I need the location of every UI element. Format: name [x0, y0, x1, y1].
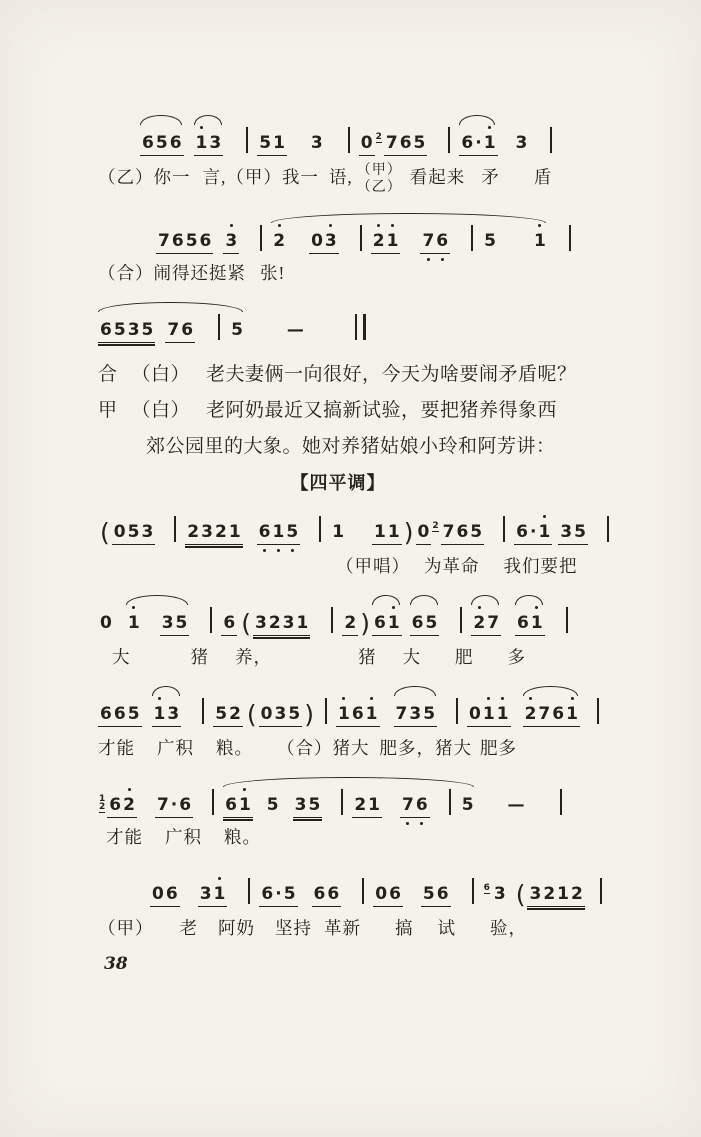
- barline: [341, 789, 343, 815]
- notation-line: (0532321615111)027656·135: [98, 501, 614, 547]
- speech-tag: （白）: [132, 357, 191, 393]
- lyric: 张!: [260, 260, 285, 285]
- lyric: 我们要把: [504, 553, 578, 578]
- speech-text: 老夫妻俩一向很好，今天为啥要闹矛盾呢？: [206, 357, 577, 393]
- note-group: —: [285, 320, 306, 342]
- barline: [348, 127, 350, 153]
- parenthesis: (: [516, 880, 526, 909]
- parenthesis: ): [360, 609, 370, 638]
- note-group: 1: [330, 522, 346, 544]
- note-group: 2: [342, 613, 358, 636]
- note-group: 1: [126, 613, 142, 635]
- lyric: 粮。: [224, 824, 261, 849]
- note-group: 035: [259, 704, 303, 727]
- music-system: 6535765—: [98, 299, 614, 343]
- dialogue-row: 郊公园里的大象。她对养猪姑娘小玲和阿芳讲：: [146, 429, 614, 465]
- note-group: 13: [194, 133, 224, 156]
- barline: [448, 127, 450, 153]
- tie-arc: [394, 686, 436, 696]
- note-group: 62: [107, 795, 137, 818]
- note-group: 7656: [156, 231, 213, 254]
- barline: [331, 607, 333, 633]
- parenthesis: (: [241, 609, 251, 638]
- lyric: 养，: [235, 644, 272, 669]
- lyrics-line: （甲唱）为革命我们要把: [98, 553, 614, 578]
- note-group: 13: [152, 704, 182, 727]
- lyrics-line: （合）闹得还挺紧张!: [98, 260, 614, 285]
- lyric: （甲唱）: [336, 553, 410, 578]
- note-group: 615: [257, 522, 301, 545]
- barline: [248, 878, 250, 904]
- lyric: （合）猪大: [277, 735, 370, 760]
- note-group: 21: [352, 795, 382, 818]
- dialogue-row: 甲 （白） 老阿奶最近又搞新试验，要把猪养得象西: [98, 393, 614, 429]
- tie-arc: [459, 115, 495, 125]
- score-page: 65613513027656·13（乙）你一言,（甲）我一语,（甲）（乙）看起来…: [0, 0, 701, 1137]
- note-group: 76: [165, 320, 195, 343]
- lyric: （合）闹得还挺紧: [98, 260, 246, 285]
- lyric: 坚持: [275, 915, 312, 940]
- speech-text: 郊公园里的大象。她对养猪姑娘小玲和阿芳讲：: [146, 429, 556, 465]
- note-group: 6·1: [514, 522, 552, 545]
- note-group: 03: [309, 231, 339, 254]
- note-group: 35: [558, 522, 588, 545]
- grace-note: 2: [376, 133, 382, 143]
- barline: [456, 698, 458, 724]
- barline: [597, 698, 599, 724]
- music-system: 6651352(035)1617350112761才能广积粮。（合）猪大肥多，猪…: [98, 683, 614, 760]
- notation-line: 01356(32312)61652761: [98, 592, 614, 638]
- music-system: (0532321615111)027656·135（甲唱）为革命我们要把: [98, 501, 614, 578]
- notation-line: 6651352(035)1617350112761: [98, 683, 614, 729]
- tie-arc: [98, 302, 243, 312]
- score-bottom-systems: (0532321615111)027656·135（甲唱）为革命我们要把0135…: [98, 501, 614, 940]
- note-group: 11: [372, 522, 402, 545]
- note-group: —: [506, 795, 527, 817]
- note-group: 06: [150, 884, 180, 907]
- grace-note: 2: [432, 522, 438, 532]
- page-number: 38: [104, 954, 614, 974]
- note-group: 053: [112, 522, 156, 545]
- note-group: 3: [514, 133, 530, 155]
- note-group: 61: [515, 613, 545, 636]
- stacked-speaker-tags: （甲）（乙）: [357, 162, 402, 196]
- note-group: 656: [140, 133, 184, 156]
- barline: [569, 225, 571, 251]
- parenthesis: (: [100, 518, 110, 547]
- speaker-label: 甲: [98, 393, 118, 429]
- note-group: 3: [223, 231, 239, 254]
- note-group: 765: [441, 522, 485, 545]
- barline: [449, 789, 451, 815]
- lyrics-line: 才能广积粮。: [98, 824, 614, 849]
- note-group: 0: [416, 522, 432, 545]
- notation-line: 65613513027656·13: [140, 112, 614, 156]
- lyric: 猪: [191, 644, 210, 669]
- speaker-label: 合: [98, 357, 118, 393]
- lyric: 阿奶: [218, 915, 255, 940]
- note-group: 735: [394, 704, 438, 727]
- barline: [550, 127, 552, 153]
- barline: [566, 607, 568, 633]
- speech-text: 老阿奶最近又搞新试验，要把猪养得象西: [206, 393, 557, 429]
- tie-arc: [152, 686, 180, 696]
- lyric: 才能: [98, 735, 135, 760]
- barline: [503, 516, 505, 542]
- note-group: 1: [532, 231, 548, 253]
- lyric: 大: [112, 644, 131, 669]
- lyric: 盾: [534, 164, 553, 189]
- barline: [174, 516, 176, 542]
- lyrics-line: 才能广积粮。（合）猪大肥多，猪大肥多: [98, 735, 614, 760]
- note-group: 06: [373, 884, 403, 907]
- lyric: （甲）: [98, 915, 154, 940]
- note-group: 61: [223, 795, 253, 818]
- dialogue-row: 合 （白） 老夫妻俩一向很好，今天为啥要闹矛盾呢？: [98, 357, 614, 393]
- barline: [471, 225, 473, 251]
- note-group: 65: [410, 613, 440, 636]
- lyric: 试: [438, 915, 457, 940]
- note-group: 56: [421, 884, 451, 907]
- lyric: 搞: [395, 915, 414, 940]
- note-group: 6·5: [259, 884, 297, 907]
- music-system: 65613513027656·13（乙）你一言,（甲）我一语,（甲）（乙）看起来…: [98, 112, 614, 196]
- dialogue-block: 合 （白） 老夫妻俩一向很好，今天为啥要闹矛盾呢？ 甲 （白） 老阿奶最近又搞新…: [98, 357, 614, 465]
- note-group: 7·6: [155, 795, 193, 818]
- note-group: 765: [384, 133, 428, 156]
- barline: [460, 607, 462, 633]
- lyric: 广积: [165, 824, 202, 849]
- note-group: 27: [471, 613, 501, 636]
- note-group: 6·1: [459, 133, 497, 156]
- note-group: 61: [372, 613, 402, 636]
- tie-arc: [515, 595, 543, 605]
- note-group: 35: [293, 795, 323, 818]
- barline: [246, 127, 248, 153]
- note-group: 0: [98, 613, 114, 635]
- note-group: 0: [359, 133, 375, 156]
- note-group: 2321: [185, 522, 242, 545]
- lyric: 言,（甲）我一: [203, 164, 319, 189]
- music-system: 06316·566065663(3212（甲）老阿奶坚持革新搞试验，: [98, 863, 614, 940]
- barline: [362, 878, 364, 904]
- note-group: 21: [371, 231, 401, 254]
- tie-arc: [523, 686, 578, 696]
- parenthesis: ): [404, 518, 414, 547]
- lyrics-line: （乙）你一言,（甲）我一语,（甲）（乙）看起来矛盾: [98, 162, 614, 196]
- barline: [202, 698, 204, 724]
- score-top-systems: 65613513027656·13（乙）你一言,（甲）我一语,（甲）（乙）看起来…: [98, 112, 614, 343]
- grace-note: 6: [484, 884, 490, 894]
- note-group: 2761: [523, 704, 580, 727]
- page-content: 65613513027656·13（乙）你一言,（甲）我一语,（甲）（乙）看起来…: [98, 112, 614, 974]
- notation-line: 6535765—: [98, 299, 614, 343]
- note-group: 3: [309, 133, 325, 155]
- lyric: 肥: [455, 644, 474, 669]
- note-group: 52: [213, 704, 243, 727]
- lyric: 猪: [358, 644, 377, 669]
- note-group: 2: [271, 231, 287, 253]
- barline: [319, 516, 321, 542]
- barline: [212, 789, 214, 815]
- music-system: 01356(32312)61652761大猪养，猪大肥多: [98, 592, 614, 669]
- note-group: 3212: [527, 884, 584, 907]
- notation-line: 12627·66153521765—: [98, 774, 614, 818]
- tie-arc: [410, 595, 438, 605]
- note-group: 76: [400, 795, 430, 818]
- speech-tag: （白）: [132, 393, 191, 429]
- lyric: 广积: [157, 735, 194, 760]
- lyric: 为革命: [424, 553, 480, 578]
- lyric: 粮。: [216, 735, 253, 760]
- notation-line: 06316·566065663(3212: [150, 863, 614, 909]
- lyric: 老: [180, 915, 199, 940]
- barline: [600, 878, 602, 904]
- note-group: 51: [257, 133, 287, 156]
- lyric: 才能: [106, 824, 143, 849]
- note-group: 665: [98, 704, 142, 727]
- tie-arc: [194, 115, 222, 125]
- tie-arc: [471, 595, 499, 605]
- music-system: 12627·66153521765—才能广积粮。: [98, 774, 614, 849]
- tie-arc: [372, 595, 400, 605]
- barline: [472, 878, 474, 904]
- barline: [325, 698, 327, 724]
- note-group: 5: [265, 795, 281, 817]
- lyrics-line: 大猪养，猪大肥多: [98, 644, 614, 669]
- note-group: 6535: [98, 320, 155, 343]
- notation-line: 76563203217651: [156, 210, 614, 254]
- lyric: 革新: [324, 915, 361, 940]
- barline: [607, 516, 609, 542]
- barline: [260, 225, 262, 251]
- lyric: 大: [403, 644, 422, 669]
- lyric: 肥多，猪大: [380, 735, 473, 760]
- parenthesis: (: [247, 700, 257, 729]
- note-group: 66: [312, 884, 342, 907]
- barline: [560, 789, 562, 815]
- tune-name-header: 【四平调】: [80, 469, 596, 495]
- parenthesis: ): [304, 700, 314, 729]
- note-group: 31: [198, 884, 228, 907]
- lyric: 语,: [329, 164, 353, 189]
- lyric: 矛: [481, 164, 500, 189]
- note-group: 011: [467, 704, 511, 727]
- final-barline: [355, 314, 366, 340]
- tie-arc: [223, 777, 474, 787]
- note-group: 5: [482, 231, 498, 253]
- tie-arc: [140, 115, 182, 125]
- lyric: 验，: [490, 915, 527, 940]
- lyric: （乙）你一: [98, 164, 191, 189]
- lyric: 看起来: [410, 164, 466, 189]
- barline: [210, 607, 212, 633]
- music-system: 76563203217651（合）闹得还挺紧张!: [98, 210, 614, 285]
- lyrics-line: （甲）老阿奶坚持革新搞试验，: [98, 915, 614, 940]
- note-group: 3: [492, 884, 508, 906]
- note-group: 3231: [253, 613, 310, 636]
- tie-arc: [126, 595, 188, 605]
- note-group: 5: [229, 320, 245, 342]
- note-group: 5: [460, 795, 476, 817]
- note-group: 161: [336, 704, 380, 727]
- note-group: 6: [221, 613, 237, 636]
- barline: [360, 225, 362, 251]
- lyric: 肥多: [480, 735, 517, 760]
- note-group: 76: [420, 231, 450, 254]
- lyric: 多: [508, 644, 527, 669]
- tie-arc: [271, 213, 546, 223]
- note-group: 35: [160, 613, 190, 636]
- grace-note: 12: [99, 795, 105, 813]
- barline: [218, 314, 220, 340]
